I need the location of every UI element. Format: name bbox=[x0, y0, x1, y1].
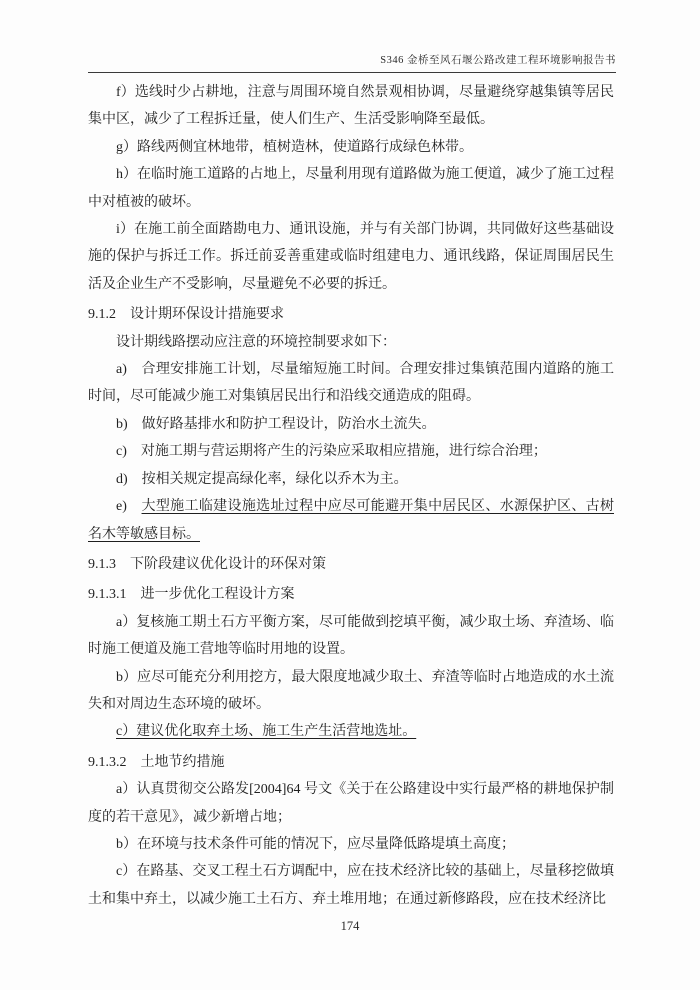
text-run: a）复核施工期土石方平衡方案，尽可能做到挖填平衡，减少取土场、弃渣场、临时施工便… bbox=[88, 615, 614, 657]
paragraph: b）应尽可能充分利用挖方，最大限度地减少取土、弃渣等临时占地造成的水土流失和对周… bbox=[88, 664, 614, 719]
section-heading: 9.1.2 设计期环保设计措施要求 bbox=[88, 301, 614, 328]
paragraph: f）选线时少占耕地，注意与周围环境自然景观相协调，尽量避绕穿越集镇等居民集中区，… bbox=[88, 79, 614, 134]
underlined-text-run: c）建议优化取弃土场、施工生产生活营地选址。 bbox=[116, 724, 416, 739]
section-heading: 9.1.3.2 土地节约措施 bbox=[88, 749, 614, 776]
text-run: b）在环境与技术条件可能的情况下，应尽量降低路堤填土高度； bbox=[116, 837, 515, 852]
paragraph: a）认真贯彻交公路发[2004]64 号文《关于在公路建设中实行最严格的耕地保护… bbox=[88, 776, 614, 831]
page-header: S346 金桥至风石堰公路改建工程环境影响报告书 bbox=[88, 52, 616, 73]
section-heading: 9.1.3.1 进一步优化工程设计方案 bbox=[88, 581, 614, 608]
page-footer: 174 bbox=[0, 919, 700, 934]
paragraph: h）在临时施工道路的占地上，尽量利用现有道路做为施工便道，减少了施工过程中对植被… bbox=[88, 161, 614, 216]
document-body: f）选线时少占耕地，注意与周围环境自然景观相协调，尽量避绕穿越集镇等居民集中区，… bbox=[88, 79, 614, 913]
paragraph: a) 合理安排施工计划，尽量缩短施工时间。合理安排过集镇范围内道路的施工时间，尽… bbox=[88, 356, 614, 411]
text-run: 9.1.3 下阶段建议优化设计的环保对策 bbox=[88, 557, 326, 572]
paragraph: d) 按相关规定提高绿化率，绿化以乔木为主。 bbox=[88, 466, 614, 493]
text-run: a) 合理安排施工计划，尽量缩短施工时间。合理安排过集镇范围内道路的施工时间，尽… bbox=[88, 362, 614, 404]
text-run: i）在施工前全面踏勘电力、通讯设施，并与有关部门协调，共同做好这些基础设施的保护… bbox=[88, 222, 614, 292]
text-run: d) 按相关规定提高绿化率，绿化以乔木为主。 bbox=[116, 472, 408, 487]
paragraph: e) 大型施工临建设施选址过程中应尽可能避开集中居民区、水源保护区、古树名木等敏… bbox=[88, 493, 614, 548]
page-number: 174 bbox=[341, 919, 360, 933]
text-run: 9.1.3.1 进一步优化工程设计方案 bbox=[88, 587, 295, 602]
text-run: c) 对施工期与营运期将产生的污染应采取相应措施，进行综合治理； bbox=[116, 444, 547, 459]
paragraph: i）在施工前全面踏勘电力、通讯设施，并与有关部门协调，共同做好这些基础设施的保护… bbox=[88, 216, 614, 298]
header-title: S346 金桥至风石堰公路改建工程环境影响报告书 bbox=[380, 55, 616, 66]
text-run: a）认真贯彻交公路发[2004]64 号文《关于在公路建设中实行最严格的耕地保护… bbox=[88, 782, 614, 824]
underlined-text-run: 大型施工临建设施选址过程中应尽可能避开集中居民区、水源保护区、古树名木等敏感目标… bbox=[88, 499, 614, 541]
document-page: S346 金桥至风石堰公路改建工程环境影响报告书 f）选线时少占耕地，注意与周围… bbox=[0, 0, 700, 990]
text-run: 9.1.2 设计期环保设计措施要求 bbox=[88, 307, 284, 322]
paragraph: a）复核施工期土石方平衡方案，尽可能做到挖填平衡，减少取土场、弃渣场、临时施工便… bbox=[88, 609, 614, 664]
paragraph: c）建议优化取弃土场、施工生产生活营地选址。 bbox=[88, 718, 614, 745]
text-run: b）应尽可能充分利用挖方，最大限度地减少取土、弃渣等临时占地造成的水土流失和对周… bbox=[88, 670, 614, 712]
paragraph: b) 做好路基排水和防护工程设计，防治水土流失。 bbox=[88, 411, 614, 438]
text-run: e) bbox=[116, 499, 142, 514]
text-run: 设计期线路摆动应注意的环境控制要求如下： bbox=[116, 335, 396, 350]
section-heading: 9.1.3 下阶段建议优化设计的环保对策 bbox=[88, 551, 614, 578]
text-run: f）选线时少占耕地，注意与周围环境自然景观相协调，尽量避绕穿越集镇等居民集中区，… bbox=[88, 85, 614, 127]
paragraph: c）在路基、交叉工程土石方调配中，应在技术经济比较的基础上，尽量移挖做填土和集中… bbox=[88, 858, 614, 913]
paragraph: b）在环境与技术条件可能的情况下，应尽量降低路堤填土高度； bbox=[88, 831, 614, 858]
text-run: c）在路基、交叉工程土石方调配中，应在技术经济比较的基础上，尽量移挖做填土和集中… bbox=[88, 864, 614, 906]
paragraph: 设计期线路摆动应注意的环境控制要求如下： bbox=[88, 329, 614, 356]
text-run: b) 做好路基排水和防护工程设计，防治水土流失。 bbox=[116, 417, 436, 432]
text-run: 9.1.3.2 土地节约措施 bbox=[88, 755, 225, 770]
text-run: g）路线两侧宜林地带，植树造林，使道路行成绿色林带。 bbox=[116, 140, 473, 155]
text-run: h）在临时施工道路的占地上，尽量利用现有道路做为施工便道，减少了施工过程中对植被… bbox=[88, 167, 614, 209]
paragraph: g）路线两侧宜林地带，植树造林，使道路行成绿色林带。 bbox=[88, 134, 614, 161]
paragraph: c) 对施工期与营运期将产生的污染应采取相应措施，进行综合治理； bbox=[88, 438, 614, 465]
